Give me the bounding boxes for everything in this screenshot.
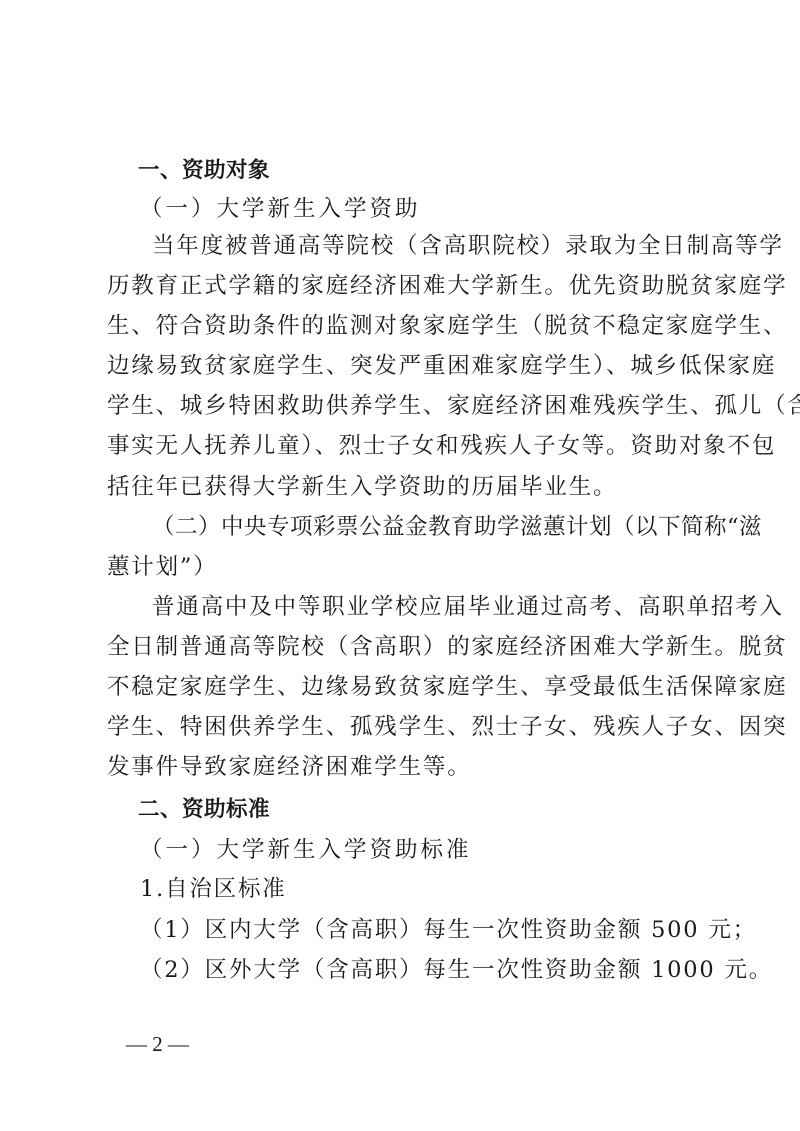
list-item-out-of-region: （2）区外大学（含高职）每生一次性资助金额 1000 元。 <box>140 955 746 985</box>
paragraph-line: 学生、特困供养学生、孤残学生、烈士子女、残疾人子女、因突 <box>107 712 713 742</box>
subsection-heading-freshman-aid: （一）大学新生入学资助 <box>140 194 746 224</box>
paragraph-line: 普通高中及中等职业学校应届毕业通过高考、高职单招考入 <box>152 592 713 622</box>
page-number: — 2 — <box>126 1029 189 1059</box>
paragraph-line: 学生、城乡特困救助供养学生、家庭经济困难残疾学生、孤儿（含 <box>107 391 713 421</box>
list-item-in-region: （1）区内大学（含高职）每生一次性资助金额 500 元； <box>140 915 746 945</box>
paragraph-line: 事实无人抚养儿童）、烈士子女和残疾人子女等。资助对象不包 <box>107 431 713 461</box>
paragraph-line: 生、符合资助条件的监测对象家庭学生（脱贫不稳定家庭学生、 <box>107 311 713 341</box>
paragraph-line: 当年度被普通高等院校（含高职院校）录取为全日制高等学 <box>152 231 713 261</box>
subsection-heading-zihui-plan-cont: 蕙计划”） <box>107 552 713 582</box>
paragraph-line: 历教育正式学籍的家庭经济困难大学新生。优先资助脱贫家庭学 <box>107 271 713 301</box>
subsection-heading-zihui-plan: （二）中央专项彩票公益金教育助学滋蕙计划（以下简称“滋 <box>152 512 713 542</box>
paragraph-line: 边缘易致贫家庭学生、突发严重困难家庭学生）、城乡低保家庭 <box>107 351 713 381</box>
section-heading-funding-targets: 一、资助对象 <box>138 156 744 186</box>
section-heading-funding-standards: 二、资助标准 <box>138 795 744 825</box>
paragraph-line: 全日制普通高等院校（含高职）的家庭经济困难大学新生。脱贫 <box>107 632 713 662</box>
paragraph-line: 不稳定家庭学生、边缘易致贫家庭学生、享受最低生活保障家庭 <box>107 672 713 702</box>
paragraph-line: 发事件导致家庭经济困难学生等。 <box>107 752 713 782</box>
document-page: 一、资助对象 （一）大学新生入学资助 当年度被普通高等院校（含高职院校）录取为全… <box>0 0 800 1131</box>
paragraph-line: 括往年已获得大学新生入学资助的历届毕业生。 <box>107 472 713 502</box>
subsection-heading-freshman-aid-standard: （一）大学新生入学资助标准 <box>140 835 746 865</box>
item-heading-autonomous-region-standard: 1.自治区标准 <box>140 874 746 904</box>
